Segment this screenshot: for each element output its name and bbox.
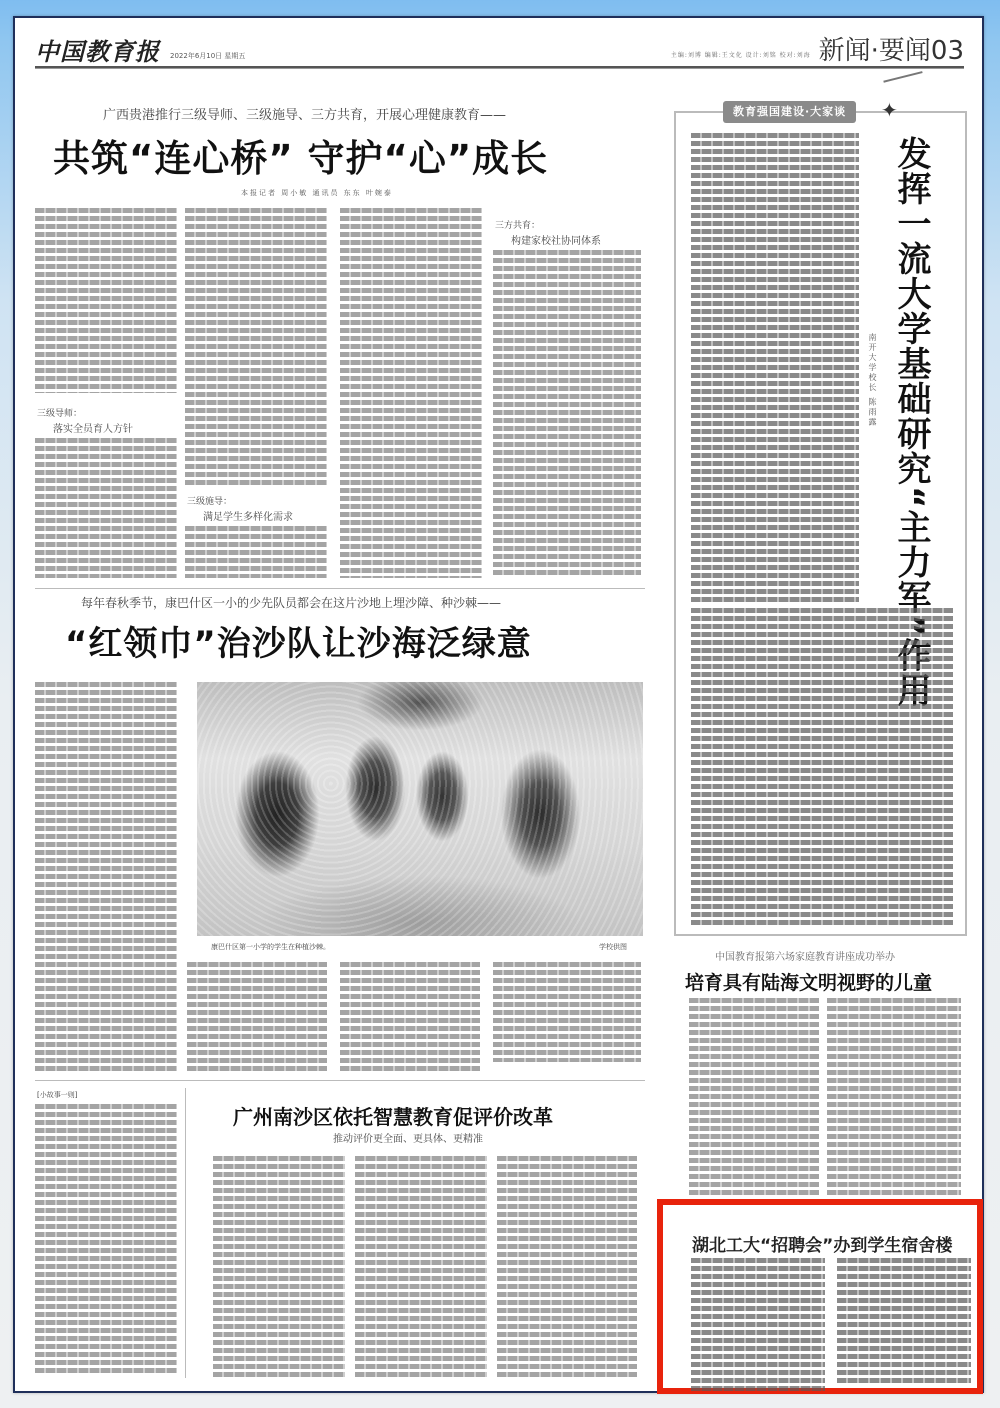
story1-col1b-text bbox=[35, 438, 177, 578]
feature-wide-text bbox=[691, 608, 953, 928]
story1-byline: 本报记者 周小敏 通讯员 东东 叶婉泰 bbox=[241, 188, 393, 198]
story1-subhead-1a: 三级导师： bbox=[37, 406, 82, 419]
story2-col1-text bbox=[35, 682, 177, 1072]
story1-col1-text bbox=[35, 208, 177, 393]
story4-kicker: 中国教育报第六场家庭教育讲座成功举办 bbox=[715, 948, 895, 963]
issue-date: 2022年6月10日 星期五 bbox=[170, 51, 245, 67]
column-rule bbox=[185, 1088, 186, 1378]
story2-col2-text bbox=[187, 962, 327, 1072]
photo-caption: 康巴什区第一小学的学生在种植沙棘。 bbox=[211, 942, 330, 952]
paper-logo: 中国教育报 bbox=[35, 32, 160, 67]
story3-sidebar-text bbox=[35, 1104, 177, 1374]
story5-headline[interactable]: 湖北工大“招聘会”办到学生宿舍楼 bbox=[692, 1231, 952, 1256]
masthead-right: 主编:刘博 编辑:王文化 设计:刘铭 校对:刘海 新闻·要闻03 bbox=[671, 30, 964, 67]
divider bbox=[35, 1080, 645, 1081]
story5-col2-text bbox=[837, 1258, 971, 1383]
story1-subhead-1b: 落实全员育人方针 bbox=[53, 420, 133, 435]
story1-subhead-3b: 构建家校社协同体系 bbox=[511, 232, 601, 247]
story1-col3-text bbox=[340, 208, 482, 578]
story4-col2-text bbox=[827, 998, 961, 1198]
story1-subhead-3a: 三方共育： bbox=[495, 218, 540, 231]
feature-col-text bbox=[691, 133, 859, 603]
story1-subhead-2a: 三级施导： bbox=[187, 494, 232, 507]
story1-kicker: 广西贵港推行三级导师、三级施导、三方共育，开展心理健康教育—— bbox=[103, 104, 506, 123]
story2-headline[interactable]: “红领巾”治沙队让沙海泛绿意 bbox=[65, 616, 532, 665]
newspaper-page: 中国教育报 2022年6月10日 星期五 主编:刘博 编辑:王文化 设计:刘铭 … bbox=[13, 16, 984, 1393]
story3-col1-text bbox=[213, 1156, 345, 1378]
story5-col1-text bbox=[691, 1258, 825, 1393]
photo-credit: 学校供图 bbox=[599, 942, 627, 952]
story4-headline[interactable]: 培育具有陆海文明视野的儿童 bbox=[685, 968, 932, 995]
story1-subhead-2b: 满足学生多样化需求 bbox=[203, 508, 293, 523]
feature-byline: 南开大学校长 陈雨露 bbox=[867, 333, 878, 428]
masthead-rule bbox=[35, 66, 964, 69]
story1-col4-text bbox=[493, 250, 641, 578]
star-ornament-icon: ✦ bbox=[881, 98, 898, 122]
story3-col2-text bbox=[355, 1156, 487, 1378]
section-title: 新闻·要闻03 bbox=[819, 30, 964, 67]
story4-col1-text bbox=[689, 998, 819, 1198]
masthead-left: 中国教育报 2022年6月10日 星期五 bbox=[35, 32, 245, 67]
divider bbox=[35, 588, 645, 589]
story1-col2b-text bbox=[185, 526, 327, 578]
story3-headline[interactable]: 广州南沙区依托智慧教育促评价改革 bbox=[233, 1101, 553, 1130]
story2-photo[interactable] bbox=[197, 682, 643, 936]
story3-col3-text bbox=[497, 1156, 637, 1378]
story2-col3-text bbox=[340, 962, 480, 1072]
staff-credits: 主编:刘博 编辑:王文化 设计:刘铭 校对:刘海 bbox=[671, 50, 811, 67]
section-name: 新闻·要闻 bbox=[819, 36, 931, 66]
page-number: 03 bbox=[931, 36, 964, 66]
story1-col2-text bbox=[185, 208, 327, 488]
sidebar-label: [小故事一则] bbox=[37, 1090, 77, 1100]
story2-kicker: 每年春秋季节，康巴什区一小的少先队员都会在这片沙地上埋沙障、种沙棘—— bbox=[81, 594, 501, 611]
story1-headline[interactable]: 共筑“连心桥” 守护“心”成长 bbox=[53, 128, 548, 182]
story2-col4-text bbox=[493, 962, 641, 1062]
feature-tag: 教育强国建设·大家谈 bbox=[723, 101, 856, 123]
story3-subhead: 推动评价更全面、更具体、更精准 bbox=[333, 1130, 483, 1145]
